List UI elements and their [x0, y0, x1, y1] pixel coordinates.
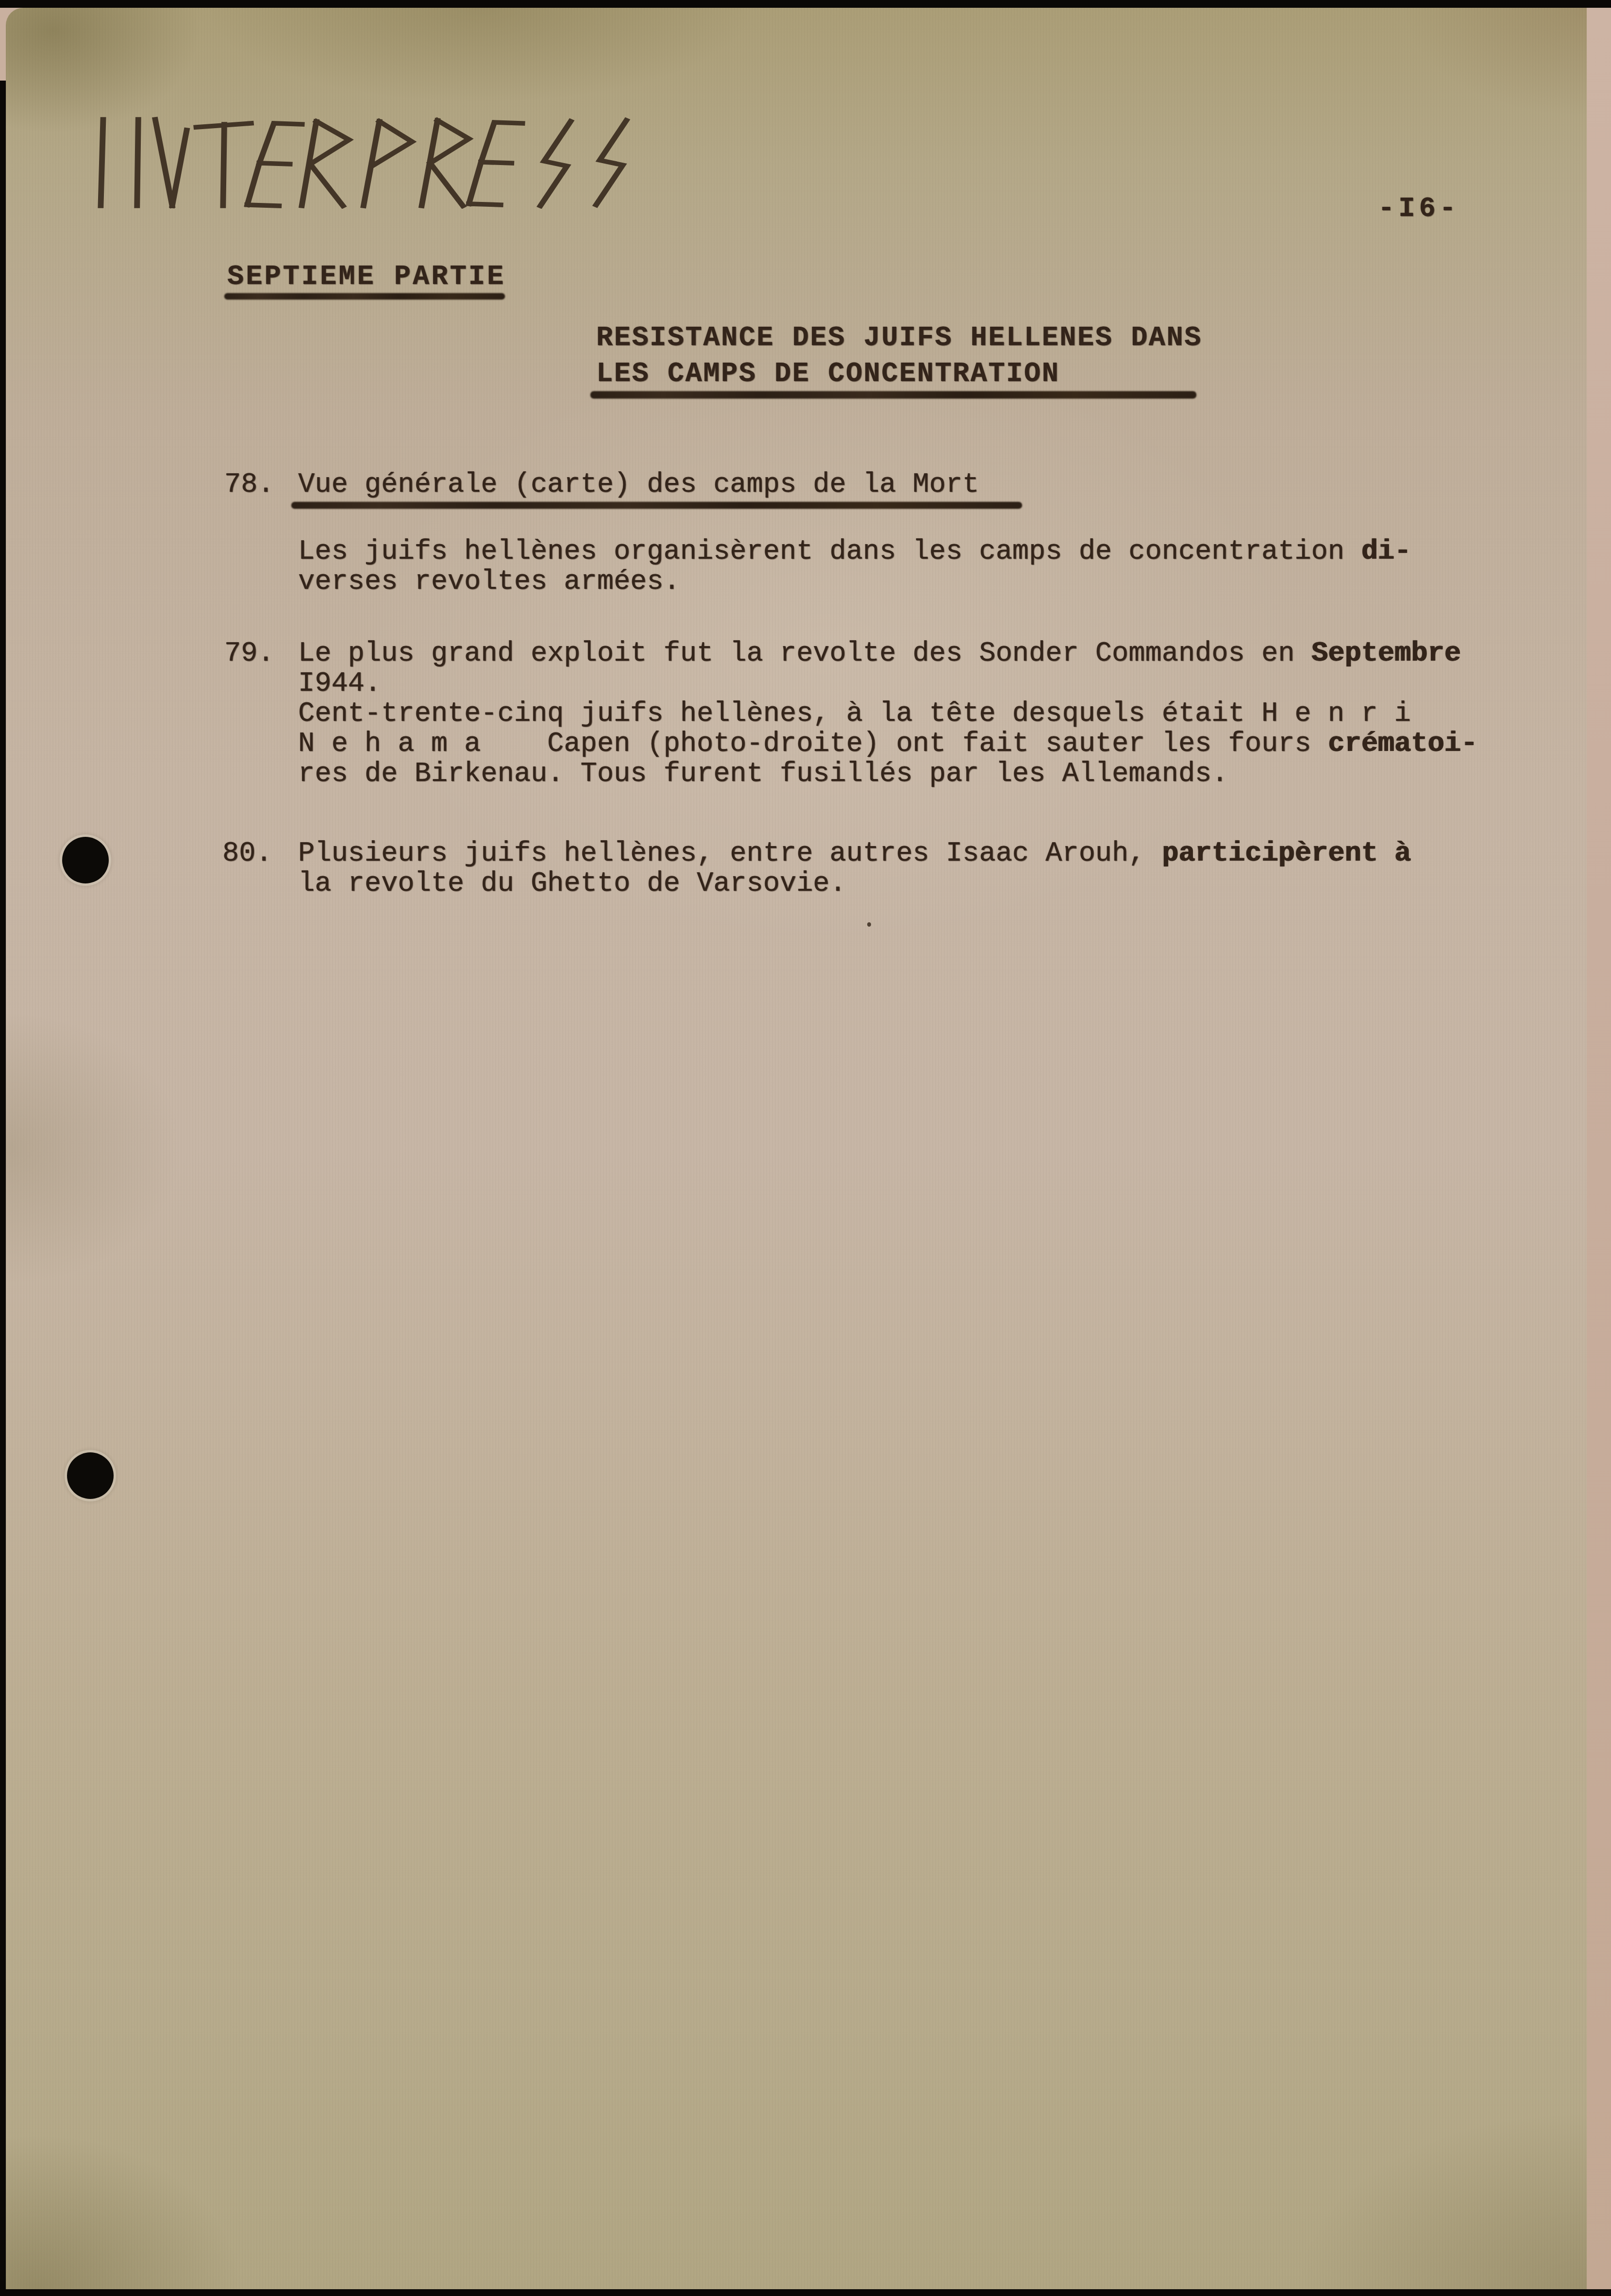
item-78-number: 78.: [224, 470, 274, 500]
item-79-number: 79.: [224, 639, 274, 669]
item-79-line-3: Cent-trente-cinq juifs hellènes, à la tê…: [298, 699, 1411, 729]
item-79-line-5: res de Birkenau. Tous furent fusillés pa…: [298, 759, 1228, 789]
item-80-number: 80.: [222, 839, 272, 869]
item-79-line-2: I944.: [298, 669, 381, 699]
interpress-logo-strokes: [95, 116, 646, 209]
section-heading-underline: [224, 293, 505, 299]
section-heading: SEPTIEME PARTIE: [227, 262, 505, 292]
punch-hole-top: [62, 837, 109, 883]
page-number: -I6-: [1378, 194, 1460, 224]
item-78-line-2: verses revoltes armées.: [298, 567, 680, 597]
punch-hole-bottom: [67, 1452, 114, 1499]
ink-speck: [867, 922, 871, 927]
item-80-line-1: Plusieurs juifs hellènes, entre autres I…: [298, 839, 1411, 869]
document-title-line-1: RESISTANCE DES JUIFS HELLENES DANS: [596, 323, 1202, 353]
item-79-line-1: Le plus grand exploit fut la revolte des…: [298, 639, 1460, 669]
item-78-line-1: Les juifs hellènes organisèrent dans les…: [298, 537, 1411, 567]
backing-page-edge: [1587, 8, 1611, 2289]
scanned-document-page: INTERPRESS -I6- SEPTIEME PARTIE RESISTAN…: [0, 0, 1611, 2296]
document-title-underline: [590, 391, 1196, 399]
item-78-title: Vue générale (carte) des camps de la Mor…: [298, 470, 979, 500]
item-80-line-2: la revolte du Ghetto de Varsovie.: [298, 869, 846, 899]
item-78-title-underline: [291, 502, 1022, 509]
interpress-logo: INTERPRESS: [95, 116, 646, 209]
item-79-line-4: N e h a m a Capen (photo-droite) ont fai…: [298, 729, 1477, 759]
document-title-line-2: LES CAMPS DE CONCENTRATION: [596, 359, 1059, 389]
